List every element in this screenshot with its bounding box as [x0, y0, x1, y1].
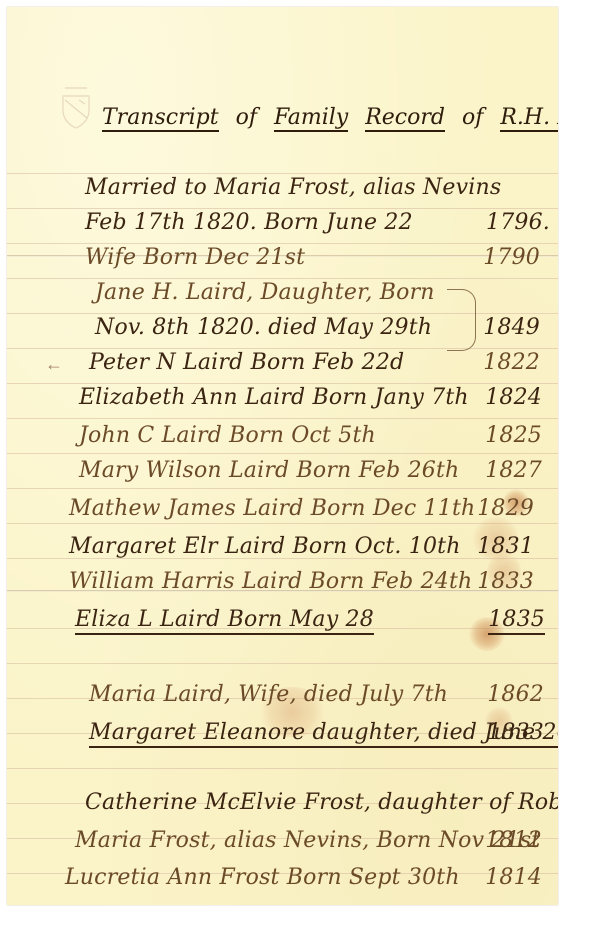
title-word: Family — [274, 105, 348, 132]
document-title: Transcript of Family Record of R.H. Lair… — [102, 105, 558, 130]
title-word: Transcript — [102, 105, 219, 132]
record-line: Mary Wilson Laird Born Feb 26th 1827 — [79, 458, 542, 483]
record-line: Maria Frost, alias Nevins, Born Nov 21st… — [75, 828, 542, 853]
ruled-line — [7, 418, 558, 419]
record-year: 1812 — [485, 828, 542, 853]
ruled-line — [7, 278, 558, 279]
record-year: 1862 — [487, 682, 544, 707]
record-line: Lucretia Ann Frost Born Sept 30th 1814 — [65, 865, 542, 890]
record-line: John C Laird Born Oct 5th 1825 — [79, 423, 542, 448]
record-year: 1827 — [485, 458, 542, 483]
ruled-line — [7, 348, 558, 349]
ruled-line — [7, 243, 558, 244]
record-line: Margaret Eleanore daughter, died June 26… — [89, 720, 544, 745]
record-line: Wife Born Dec 21st 1790 — [85, 245, 540, 270]
record-year: 1822 — [483, 350, 540, 375]
ruled-line — [7, 488, 558, 489]
record-year: 1835 — [488, 607, 545, 635]
record-year: 1790 — [483, 245, 540, 270]
crest-emboss-icon — [57, 82, 95, 130]
record-line: Margaret Elr Laird Born Oct. 10th 1831 — [69, 534, 534, 559]
title-word: R.H. Laird — [500, 105, 558, 132]
record-line: William Harris Laird Born Feb 24th 1833 — [69, 569, 534, 594]
record-line: Jane H. Laird, Daughter, Born — [95, 280, 540, 305]
ruled-line — [7, 768, 558, 769]
record-line: Peter N Laird Born Feb 22d 1822 — [89, 350, 540, 375]
record-year: 1814 — [485, 865, 542, 890]
document-page: Transcript of Family Record of R.H. Lair… — [7, 7, 558, 905]
ruled-line — [7, 383, 558, 384]
ruled-line — [7, 453, 558, 454]
record-year: 1829 — [477, 496, 534, 521]
record-year: 1796. — [486, 210, 550, 235]
record-year: 1831 — [477, 534, 534, 559]
title-word: of — [236, 105, 257, 130]
record-year: 1849 — [483, 315, 540, 340]
ruled-line — [7, 663, 558, 664]
record-year: 1833 — [477, 569, 534, 594]
record-line: Elizabeth Ann Laird Born Jany 7th 1824 — [79, 385, 542, 410]
record-year: 1833 — [487, 720, 544, 748]
record-year: 1825 — [485, 423, 542, 448]
record-line: Feb 17th 1820. Born June 22 1796. — [85, 210, 550, 235]
title-word: of — [462, 105, 483, 130]
record-line: Mathew James Laird Born Dec 11th 1829 — [69, 496, 534, 521]
title-word: Record — [365, 105, 445, 132]
record-line: Catherine McElvie Frost, daughter of Rob… — [85, 790, 545, 815]
record-line: Nov. 8th 1820. died May 29th 1849 — [95, 315, 540, 340]
record-line: Married to Maria Frost, alias Nevins — [85, 175, 550, 200]
ruled-line — [7, 208, 558, 209]
record-line: Eliza L Laird Born May 28 1835 — [75, 607, 545, 632]
ruled-line — [7, 523, 558, 524]
record-line: Maria Laird, Wife, died July 7th 1862 — [89, 682, 544, 707]
record-year: 1824 — [485, 385, 542, 410]
ruled-line — [7, 173, 558, 174]
arrow-left-icon: ← — [45, 359, 85, 369]
